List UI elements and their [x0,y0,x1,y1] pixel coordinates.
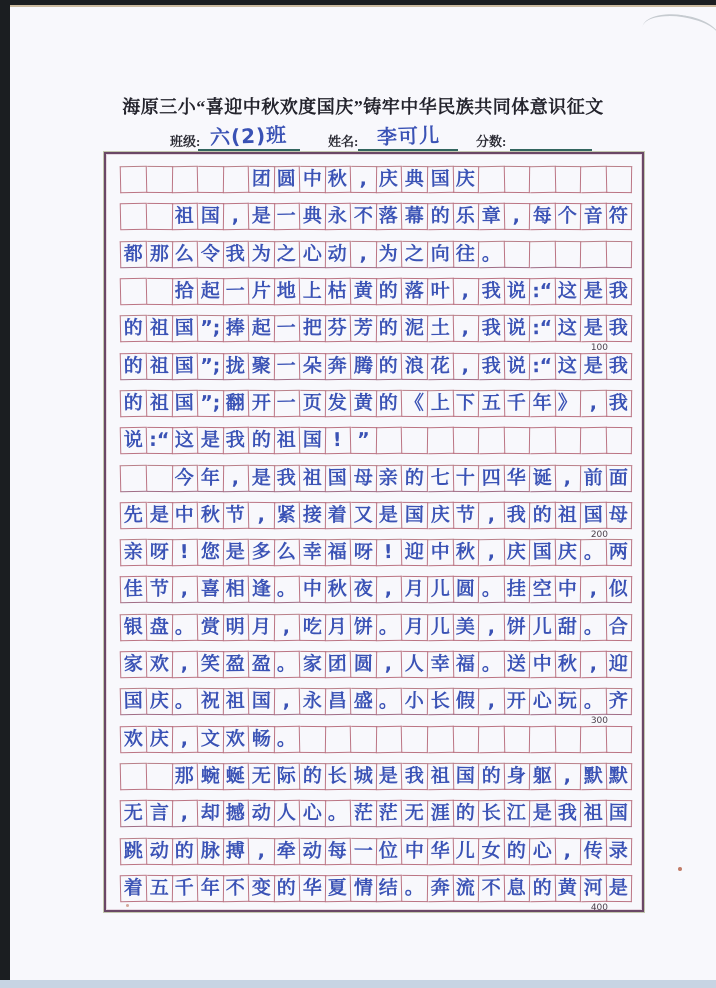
essay-cell: 月 [402,576,428,603]
essay-cell: 那 [172,763,198,791]
essay-cell: 月 [402,614,428,641]
essay-cell: 为 [376,240,402,268]
essay-cell [146,464,172,491]
essay-cell: 。 [581,539,607,567]
essay-cell: 蜿 [197,763,223,790]
essay-cell: 录 [606,837,632,864]
essay-cell: 国 [249,688,275,715]
essay-cell: 秋 [325,166,351,194]
essay-cell [325,725,351,753]
essay-row: 祖国,是一典永不落幕的乐章,每个音符 [120,203,632,230]
essay-cell: 欢 [223,725,249,753]
essay-cell: 言 [146,800,172,827]
essay-cell: 不 [478,875,504,903]
essay-cell: 心 [300,240,326,267]
essay-cell: 国 [427,166,453,194]
essay-cell: 月 [325,613,351,641]
essay-cell: 息 [504,875,530,902]
essay-cell: 母 [606,502,632,529]
essay-cell: 的 [529,502,555,530]
essay-cell: 国 [120,688,147,716]
char-count-marker: 100 [591,344,608,353]
essay-cell: 祖 [274,427,300,455]
essay-cell: 河 [581,875,607,903]
essay-cell: 》 [555,390,581,417]
essay-cell: 长 [325,763,351,791]
essay-cell: 说 [504,352,530,379]
essay-cell [146,203,172,230]
essay-cell: 夜 [351,576,377,603]
essay-cell: 拢 [223,352,249,380]
essay-cell: 盛 [351,688,377,715]
essay-cell: ”; [197,352,223,379]
essay-cell: 起 [249,315,275,342]
essay-cell: 之 [402,240,428,267]
essay-cell: 秋 [197,502,223,529]
char-count-marker: 300 [591,717,608,726]
essay-cell: 每 [325,837,351,865]
essay-cell: 喜 [197,576,223,603]
essay-cell: 变 [249,875,275,902]
essay-cell: 节 [223,502,249,530]
essay-cell: , [172,651,198,679]
contest-title: 海原三小“喜迎中秋欢度国庆”铸牢中华民族共同体意识征文 [10,93,716,119]
essay-cell: 符 [606,203,632,230]
essay-cell: 饼 [351,614,377,641]
essay-cell: 黄 [555,875,581,902]
name-label: 姓名: [328,131,358,150]
essay-cell: 心 [300,800,326,827]
essay-cell: 五 [146,875,172,902]
essay-cell [427,427,453,455]
essay-cell: 跳 [120,837,147,865]
essay-cell: 拾 [172,278,198,306]
essay-cell: 一 [351,837,377,864]
essay-cell [146,763,172,790]
essay-cell: 城 [351,763,377,790]
essay-cell: 祖 [146,315,172,342]
essay-cell [376,725,402,753]
essay-cell: 牵 [274,837,300,865]
essay-cell: , [172,576,198,604]
essay-cell: 心 [529,688,555,716]
essay-cell: 典 [402,166,428,193]
essay-cell: 。 [478,651,504,679]
essay-cell: 是 [376,502,402,530]
essay-cell: , [555,837,581,864]
essay-cell: 永 [300,688,326,715]
paper-crease [640,9,716,57]
essay-cell: :“ [529,352,555,380]
essay-cell: 是 [197,427,223,454]
essay-cell: 。 [274,651,300,679]
essay-cell: 浪 [402,352,428,379]
essay-cell: , [351,166,377,193]
essay-cell: 福 [453,651,479,678]
essay-cell [300,726,326,753]
essay-cell [402,726,428,753]
essay-cell: , [555,464,581,491]
essay-cell: 这 [555,352,581,379]
essay-cell: 开 [249,390,275,417]
essay-cell: 翻 [223,390,249,418]
essay-cell: 么 [172,240,198,268]
essay-cell: 美 [453,614,479,641]
essay-cell: 您 [197,539,223,566]
essay-cell: ! [376,539,402,567]
essay-cell: 畅 [249,726,275,753]
essay-cell: 脉 [197,837,223,864]
essay-cell: 盈 [223,651,249,679]
essay-cell: 接 [300,502,326,529]
scanned-essay-screenshot: { "document": { "header": { "title": "海原… [0,0,716,988]
essay-cell: 祝 [197,688,223,715]
essay-cell: 的 [529,875,555,903]
essay-cell: 我 [478,315,504,343]
essay-cell [402,427,428,454]
essay-cell [555,166,581,193]
essay-cell: 。 [376,688,402,716]
essay-cell: 女 [478,837,504,865]
essay-cell: 家 [120,651,147,679]
essay-cell: , [555,763,581,790]
essay-cell: , [504,203,530,230]
essay-cell: 面 [606,464,632,491]
essay-cell: 说 [504,278,530,305]
essay-cell [172,166,198,194]
essay-cell: 黄 [351,278,377,305]
essay-cell [453,726,479,753]
essay-cell: , [581,651,607,679]
essay-cell: 饼 [504,614,530,641]
essay-row: 家欢,笑盈盈。家团圆,人幸福。送中秋,迎 [120,651,632,678]
essay-cell: 相 [223,576,249,604]
essay-cell: 茫 [376,800,402,828]
essay-cell: 中 [529,651,555,679]
class-value: 六(2)班 [210,122,288,151]
essay-cell: 欢 [120,725,147,753]
essay-row: 银盘。赏明月,吃月饼。月儿美,饼儿甜。合 [120,614,632,641]
class-label: 班级: [170,131,200,150]
essay-cell: 叶 [427,278,453,306]
essay-cell: 传 [581,837,607,865]
essay-cell: 国 [197,203,223,230]
essay-row: 无言,却撼动人心。茫茫无涯的长江是我祖国 [120,800,632,827]
essay-cell: 儿 [453,837,479,864]
essay-cell: 紧 [274,502,300,530]
essay-cell: 呀 [146,539,172,566]
essay-row: 的祖国”;翻开一页发黄的《上下五千年》,我 [120,390,632,417]
essay-cell: 挂 [504,576,530,603]
essay-cell [120,464,147,492]
essay-cell: 是 [223,539,249,567]
essay-cell: 着 [120,875,147,903]
essay-cell: 的 [120,390,147,418]
essay-cell: , [478,688,504,716]
essay-cell: 月 [249,614,275,641]
essay-cell [529,725,555,753]
essay-cell: 茫 [351,800,377,827]
essay-cell: 落 [402,278,428,305]
essay-cell: 。 [325,800,351,828]
essay-cell: 《 [402,390,428,417]
essay-cell: 诞 [529,464,555,492]
essay-cell: 祖 [555,502,581,529]
essay-cell: 页 [300,390,326,417]
essay-cell: 下 [453,390,479,417]
essay-cell: 这 [555,315,581,342]
essay-cell: 。 [581,613,607,641]
essay-cell: 。 [172,688,198,716]
essay-cell: 奔 [427,875,453,903]
essay-cell: 默 [581,763,607,791]
essay-cell: 之 [274,240,300,268]
essay-cell [478,427,504,455]
essay-cell: , [172,725,198,753]
scan-edge-strip [0,980,716,988]
essay-cell: 中 [555,576,581,603]
essay-cell: 笑 [197,651,223,678]
essay-cell: , [172,800,198,828]
essay-cell [504,427,530,454]
essay-row: 的祖国”;捧起一把芬芳的泥土,我说:“这是我 [120,315,632,342]
essay-grid-rows: 团圆中秋,庆典国庆祖国,是一典永不落幕的乐章,每个音符都那么令我为之心动,为之向… [120,166,632,902]
composition-grid: 团圆中秋,庆典国庆祖国,是一典永不落幕的乐章,每个音符都那么令我为之心动,为之向… [104,152,644,912]
essay-cell: 躯 [529,763,555,791]
essay-cell: 中 [300,166,326,193]
essay-cell: 把 [300,315,326,342]
essay-row: 佳节,喜相逢。中秋夜,月儿圆。挂空中,似 [120,576,632,603]
essay-cell: ”; [197,315,223,342]
essay-cell: 逢 [249,576,275,603]
essay-cell: 年 [197,464,223,491]
essay-cell: 的 [172,837,198,865]
essay-cell: 节 [146,576,172,603]
essay-cell: 是 [581,352,607,380]
essay-cell: ! [172,539,198,567]
essay-cell: 芳 [351,315,377,342]
essay-cell: 是 [529,800,555,828]
essay-cell: 母 [351,464,377,491]
essay-cell [581,725,607,753]
essay-cell: 假 [453,688,479,715]
essay-cell: , [223,464,249,492]
essay-cell: 地 [274,278,300,306]
essay-cell: 我 [478,352,504,380]
essay-row: 着五千年不变的华夏情结。奔流不息的黄河是 [120,875,632,902]
essay-cell: ”; [197,390,223,417]
essay-cell: 聚 [249,352,275,379]
essay-cell: 我 [223,427,249,455]
essay-cell: 似 [606,576,632,603]
essay-cell: 的 [427,203,453,231]
essay-cell: 亲 [376,464,402,492]
essay-cell: 无 [249,763,275,790]
essay-cell: 国 [453,763,479,790]
essay-cell: 人 [274,800,300,828]
essay-cell: 这 [172,427,198,455]
essay-cell: 迎 [606,651,632,678]
essay-cell: 我 [223,240,249,268]
class-field: 六(2)班 [198,123,300,151]
name-field: 李可儿 [358,123,458,151]
essay-cell: 永 [325,203,351,231]
essay-cell: 奔 [325,352,351,380]
essay-cell: 我 [274,464,300,492]
essay-cell: 起 [197,278,223,305]
essay-cell: 空 [529,576,555,604]
essay-cell [197,166,223,193]
essay-cell: 是 [581,315,607,343]
essay-cell: 身 [504,763,530,790]
essay-cell: 无 [120,800,147,828]
essay-cell: :“ [529,278,555,306]
essay-row: 跳动的脉搏,牵动每一位中华儿女的心,传录 [120,838,632,865]
essay-row: 团圆中秋,庆典国庆 [120,166,632,193]
essay-cell: 个 [555,203,581,230]
essay-cell: 庆 [453,166,479,193]
essay-cell: 是 [249,464,275,491]
essay-cell: 七 [427,464,453,492]
essay-cell: 庆 [555,539,581,566]
essay-cell: 秋 [453,539,479,566]
essay-cell: 家 [300,651,326,678]
essay-cell: 团 [325,651,351,679]
essay-cell: :“ [529,315,555,343]
essay-cell: 无 [402,800,428,827]
essay-cell: 发 [325,390,351,418]
essay-cell: 都 [120,240,147,268]
essay-cell: 多 [249,539,275,566]
essay-cell: 国 [172,315,198,343]
essay-cell: 泥 [402,315,428,342]
essay-cell: 前 [581,464,607,492]
essay-cell: 祖 [146,390,172,417]
essay-cell [351,726,377,753]
essay-cell: 默 [606,763,632,790]
essay-cell: 。 [478,240,504,268]
essay-cell: 四 [478,464,504,492]
essay-cell: 秋 [325,576,351,604]
essay-cell: 的 [478,763,504,791]
essay-cell: 圆 [453,576,479,603]
essay-cell: , [581,390,607,418]
essay-cell: 芬 [325,315,351,343]
essay-cell: 吃 [300,614,326,641]
essay-cell: 朵 [300,352,326,379]
essay-cell: ! [325,427,351,455]
essay-cell: 华 [427,837,453,865]
essay-cell: 是 [146,502,172,529]
essay-cell: 我 [504,502,530,529]
essay-cell: 流 [453,875,479,902]
essay-cell: 齐 [606,688,632,715]
essay-cell [606,166,632,193]
essay-cell: 人 [402,651,428,678]
essay-cell: 国 [300,427,326,454]
essay-cell: 国 [172,352,198,380]
essay-cell: 的 [376,352,402,380]
essay-cell: 欢 [146,651,172,678]
essay-cell [453,427,479,454]
essay-cell: 心 [529,837,555,865]
essay-cell: 的 [376,278,402,306]
essay-cell: 是 [249,203,275,230]
essay-cell: 幸 [427,651,453,679]
essay-cell: , [274,688,300,716]
essay-cell: 的 [120,315,147,343]
essay-cell: 甜 [555,614,581,641]
essay-cell [606,427,632,454]
essay-cell: 搏 [223,837,249,865]
essay-cell: 开 [504,688,530,715]
essay-cell: 章 [478,203,504,231]
essay-cell: 落 [376,203,402,231]
essay-cell: 华 [300,875,326,902]
essay-cell: 一 [274,390,300,418]
essay-cell: , [249,837,275,864]
essay-cell: 我 [606,315,632,342]
essay-cell: 却 [197,800,223,827]
essay-cell: 令 [197,240,223,267]
essay-cell: 我 [606,390,632,417]
essay-cell: 送 [504,651,530,678]
essay-cell [504,726,530,753]
essay-cell: 每 [529,203,555,231]
essay-row: 先是中秋节,紧接着又是国庆节,我的祖国母 [120,502,632,529]
essay-cell: 福 [325,539,351,567]
essay-cell: 银 [120,613,147,641]
essay-cell: , [478,539,504,567]
essay-cell: 不 [223,875,249,903]
essay-cell: 幕 [402,203,428,230]
essay-cell [146,166,172,193]
essay-cell [223,166,249,194]
essay-cell: 的 [274,875,300,903]
essay-cell: 国 [172,390,198,418]
essay-cell [555,240,581,267]
essay-cell: 为 [249,240,275,267]
essay-cell: 动 [249,800,275,827]
essay-cell [376,427,402,455]
essay-cell: 么 [274,539,300,567]
essay-cell: 圆 [351,651,377,678]
essay-cell: 土 [427,315,453,343]
essay-row: 亲呀!您是多么幸福呀!迎中秋,庆国庆。两 [120,539,632,566]
essay-cell [120,166,147,194]
essay-cell: 迎 [402,539,428,566]
essay-cell: 一 [223,278,249,306]
essay-cell: 。 [402,875,428,902]
essay-cell: 国 [529,539,555,567]
essay-cell: 国 [581,502,607,530]
essay-cell [120,278,147,306]
essay-cell: 国 [325,464,351,492]
essay-cell [529,166,555,194]
essay-cell: 儿 [427,576,453,604]
essay-cell: 蜒 [223,763,249,791]
essay-cell: 五 [478,390,504,418]
essay-cell: 的 [249,427,275,454]
essay-cell [504,240,530,267]
essay-cell: 。 [172,613,198,641]
essay-cell: 位 [376,837,402,865]
essay-cell: 我 [478,278,504,306]
essay-cell: 是 [581,278,607,306]
essay-cell: 的 [453,800,479,827]
essay-cell: 一 [274,315,300,343]
essay-cell: 动 [300,837,326,864]
